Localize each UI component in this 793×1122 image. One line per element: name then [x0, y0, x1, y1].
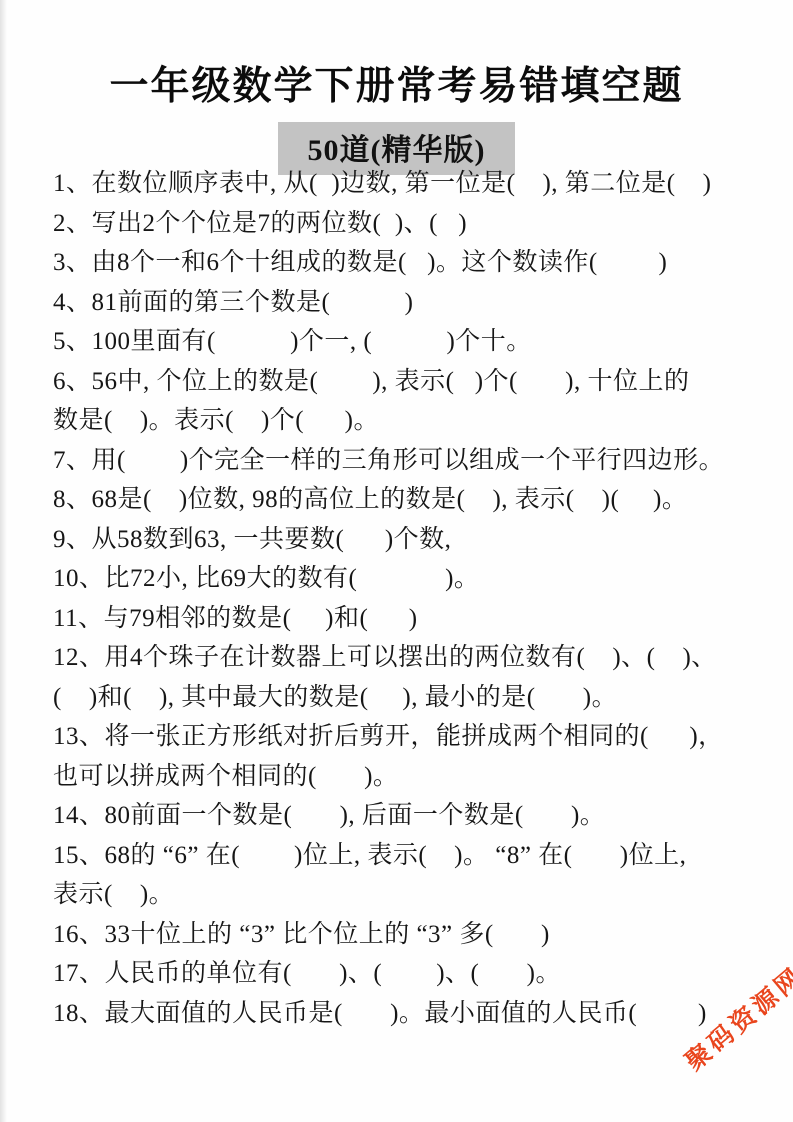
question-line-17: 17、人民币的单位有( )、( )、( )。: [53, 954, 769, 994]
question-line-6-cont: 数是( )。表示( )个( )。: [53, 401, 769, 441]
question-line-9: 9、从58数到63, 一共要数( )个数,: [53, 520, 769, 560]
question-line-3: 3、由8个一和6个十组成的数是( )。这个数读作( ): [53, 243, 769, 283]
question-line-10: 10、比72小, 比69大的数有( )。: [53, 559, 769, 599]
page-title: 一年级数学下册常考易错填空题: [0, 0, 793, 111]
question-line-12-cont: ( )和( ), 其中最大的数是( ), 最小的是( )。: [53, 678, 769, 718]
question-line-16: 16、33十位上的 “3” 比个位上的 “3” 多( ): [53, 915, 769, 955]
question-line-6: 6、56中, 个位上的数是( ), 表示( )个( ), 十位上的: [53, 362, 769, 402]
worksheet-page: 一年级数学下册常考易错填空题 50道(精华版) 1、在数位顺序表中, 从( )边…: [0, 0, 793, 1122]
scan-edge-artifact: [0, 0, 7, 1122]
question-line-13: 13、将一张正方形纸对折后剪开，能拼成两个相同的( )，: [53, 717, 769, 757]
question-line-18: 18、最大面值的人民币是( )。最小面值的人民币( ): [53, 994, 769, 1034]
question-line-13-cont: 也可以拼成两个相同的( )。: [53, 757, 769, 797]
question-line-7: 7、用( )个完全一样的三角形可以组成一个平行四边形。: [53, 441, 769, 481]
question-line-11: 11、与79相邻的数是( )和( ): [53, 599, 769, 639]
question-line-14: 14、80前面一个数是( ), 后面一个数是( )。: [53, 796, 769, 836]
question-list: 1、在数位顺序表中, 从( )边数, 第一位是( ), 第二位是( ) 2、写出…: [53, 164, 769, 1033]
question-line-1: 1、在数位顺序表中, 从( )边数, 第一位是( ), 第二位是( ): [53, 164, 769, 204]
question-line-8: 8、68是( )位数, 98的高位上的数是( ), 表示( )( )。: [53, 480, 769, 520]
question-line-2: 2、写出2个个位是7的两位数( )、( ): [53, 204, 769, 244]
question-line-12: 12、用4个珠子在计数器上可以摆出的两位数有( )、( )、: [53, 638, 769, 678]
question-line-5: 5、100里面有( )个一, ( )个十。: [53, 322, 769, 362]
question-line-15: 15、68的 “6” 在( )位上, 表示( )。 “8” 在( )位上,: [53, 836, 769, 876]
question-line-15-cont: 表示( )。: [53, 875, 769, 915]
question-line-4: 4、81前面的第三个数是( ): [53, 283, 769, 323]
